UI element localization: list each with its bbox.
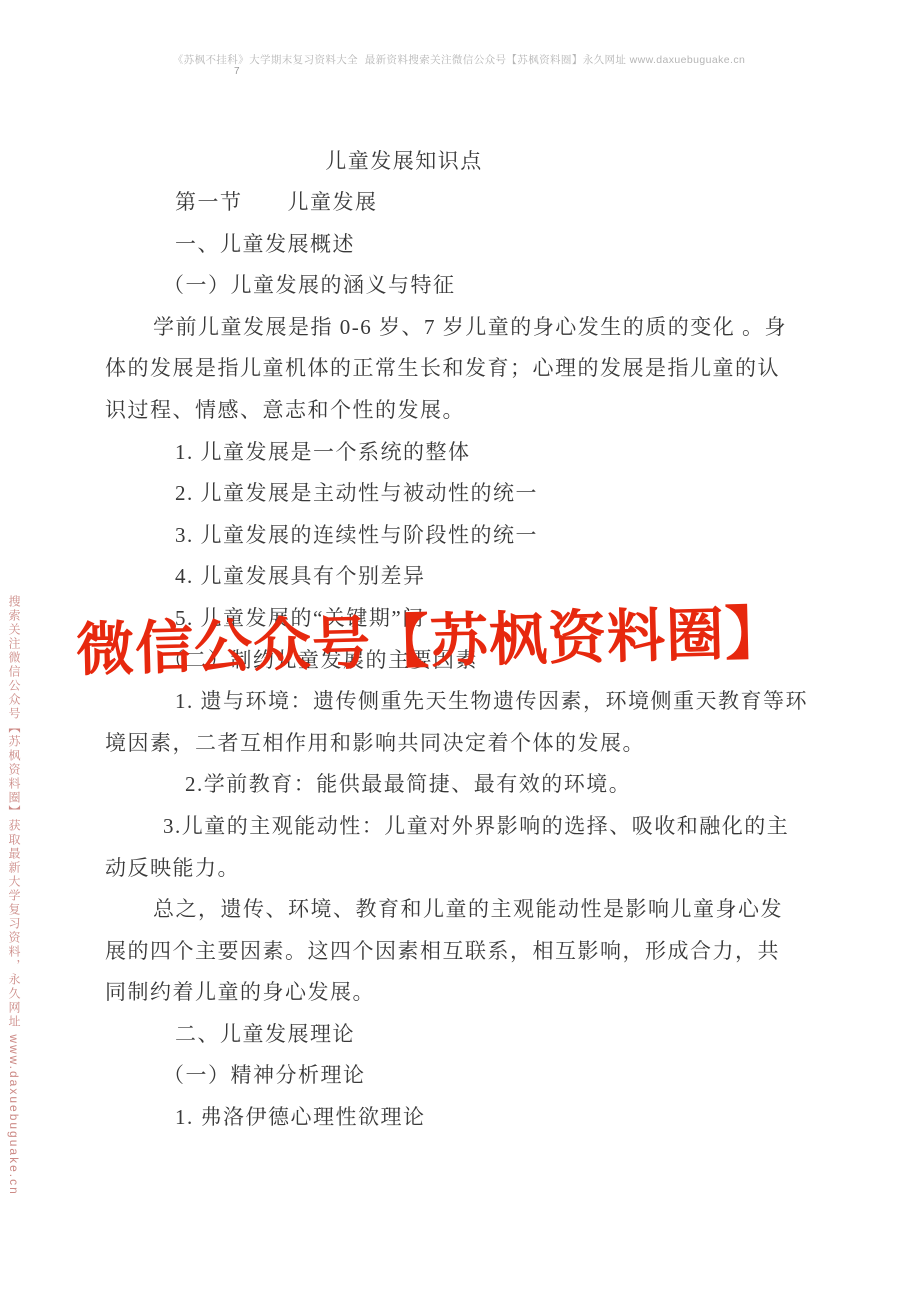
doc-line: 体的发展是指儿童机体的正常生长和发育；心理的发展是指儿童的认 — [105, 348, 813, 390]
doc-line: 2. 儿童发展是主动性与被动性的统一 — [105, 473, 813, 515]
doc-line: 第一节 儿童发展 — [105, 182, 813, 224]
document-page: { "header": { "text": "《苏枫不挂科》大学期末复习资料大全… — [0, 0, 918, 1298]
doc-line: （一）精神分析理论 — [105, 1055, 813, 1097]
doc-line: 境因素，二者互相作用和影响共同决定着个体的发展。 — [105, 723, 813, 765]
doc-line: 1. 儿童发展是一个系统的整体 — [105, 432, 813, 474]
header-footnote-mark: 7 — [234, 66, 240, 77]
header-note: 《苏枫不挂科》大学期末复习资料大全 最新资料搜索关注微信公众号【苏枫资料圈】永久… — [0, 52, 918, 67]
page-title: 儿童发展知识点 — [105, 140, 813, 182]
doc-line: 学前儿童发展是指 0-6 岁、7 岁儿童的身心发生的质的变化 。身 — [105, 307, 813, 349]
doc-line: 动反映能力。 — [105, 848, 813, 890]
doc-line: 3. 儿童发展的连续性与阶段性的统一 — [105, 515, 813, 557]
doc-line: 1. 弗洛伊德心理性欲理论 — [105, 1097, 813, 1139]
doc-line: 展的四个主要因素。这四个因素相互联系，相互影响，形成合力，共 — [105, 931, 813, 973]
doc-line: 一、儿童发展概述 — [105, 224, 813, 266]
doc-line: 1. 遗与环境：遗传侧重先天生物遗传因素，环境侧重天教育等环 — [105, 681, 813, 723]
doc-line: 同制约着儿童的身心发展。 — [105, 972, 813, 1014]
doc-line: （一）儿童发展的涵义与特征 — [105, 265, 813, 307]
doc-line: 总之，遗传、环境、教育和儿童的主观能动性是影响儿童身心发 — [105, 889, 813, 931]
side-watermark-text: 搜索关注微信公众号【苏枫资料圈】获取最新大学复习资料，永久网址 www.daxu… — [6, 595, 23, 1196]
doc-line: 二、儿童发展理论 — [105, 1014, 813, 1056]
doc-line: 2.学前教育：能供最最简捷、最有效的环境。 — [105, 764, 813, 806]
doc-line: 3.儿童的主观能动性：儿童对外界影响的选择、吸收和融化的主 — [105, 806, 813, 848]
doc-line: 识过程、情感、意志和个性的发展。 — [105, 390, 813, 432]
